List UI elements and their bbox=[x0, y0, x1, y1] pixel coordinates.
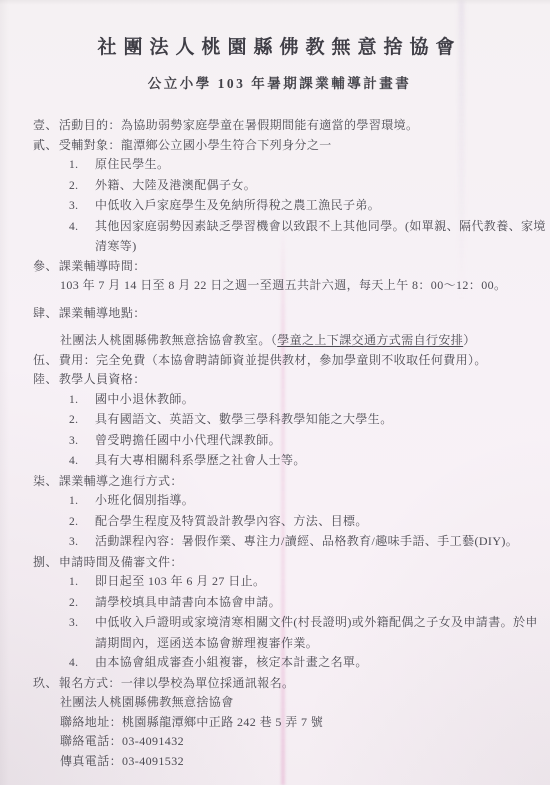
list-item-line: 4.具有大專相關科系學歷之社會人士等。 bbox=[33, 451, 526, 472]
text-line: 103 年 7 月 14 日至 8 月 22 日之週一至週五共計六週，每天上午 … bbox=[33, 276, 526, 296]
text-line: 請期間內，逕函送本協會辦理複審作業。 bbox=[33, 634, 526, 654]
section-label: 柒、 bbox=[33, 474, 58, 488]
list-item-line: 2.外籍、大陸及港澳配偶子女。 bbox=[33, 176, 526, 197]
section-label: 陸、 bbox=[33, 372, 58, 386]
line-text: ） bbox=[463, 333, 475, 347]
line-text: 具有國語文、英語文、數學三學科教學知能之大學生。 bbox=[95, 412, 393, 426]
text-line: 聯絡電話：03-4091432 bbox=[33, 732, 526, 752]
item-number: 2. bbox=[69, 513, 95, 533]
item-number: 2. bbox=[69, 594, 95, 614]
document-body: 壹、活動目的：為協助弱勢家庭學童在暑假期間能有適當的學習環境。貳、受輔對象：龍潭… bbox=[33, 116, 526, 771]
line-text: 清寒等) bbox=[95, 239, 137, 253]
line-text: 國中小退休教師。 bbox=[95, 392, 194, 406]
line-text: 103 年 7 月 14 日至 8 月 22 日之週一至週五共計六週，每天上午 … bbox=[60, 278, 506, 292]
section-line: 壹、活動目的：為協助弱勢家庭學童在暑假期間能有適當的學習環境。 bbox=[33, 116, 526, 136]
list-item-line: 2.配合學生程度及特質設計教學內容、方法、目標。 bbox=[33, 512, 526, 533]
section-label: 玖、 bbox=[33, 676, 58, 690]
list-item-line: 2.具有國語文、英語文、數學三學科教學知能之大學生。 bbox=[33, 410, 526, 431]
list-item-line: 1.小班化個別指導。 bbox=[33, 491, 526, 512]
document-subtitle: 公立小學 103 年暑期課業輔導計畫書 bbox=[33, 74, 526, 94]
item-number: 4. bbox=[69, 452, 95, 472]
item-number: 2. bbox=[69, 177, 95, 197]
item-number: 3. bbox=[69, 432, 95, 452]
line-text: 中低收入戶家庭學生及免納所得稅之農工漁民子弟。 bbox=[95, 198, 380, 212]
list-item-line: 3.中低收入戶家庭學生及免納所得稅之農工漁民子弟。 bbox=[33, 196, 526, 217]
item-number: 3. bbox=[69, 614, 95, 634]
item-number: 1. bbox=[69, 492, 95, 512]
line-text: 傳真電話：03-4091532 bbox=[60, 754, 184, 768]
list-item-line: 2.請學校填具申請書向本協會申請。 bbox=[33, 593, 526, 614]
item-number: 1. bbox=[69, 156, 95, 176]
line-text: 課業輔導時間： bbox=[59, 259, 146, 273]
line-text: 原住民學生。 bbox=[95, 157, 169, 171]
section-label: 伍、 bbox=[33, 353, 58, 367]
list-item-line: 3.中低收入戶證明或家境清寒相關文件(村長證明)或外籍配偶之子女及申請書。於申 bbox=[33, 613, 526, 634]
line-text: 課業輔導之進行方式： bbox=[59, 474, 183, 488]
list-item-line: 4.其他因家庭弱勢因素缺乏學習機會以致跟不上其他同學。(如單親、隔代教養、家境 bbox=[33, 217, 526, 238]
section-label: 參、 bbox=[33, 259, 58, 273]
text-line: 傳真電話：03-4091532 bbox=[33, 752, 526, 772]
section-line: 伍、費用：完全免費（本協會聘請師資並提供教材，參加學童則不收取任何費用）。 bbox=[33, 351, 526, 371]
section-line: 貳、受輔對象：龍潭鄉公立國小學生符合下列身分之一 bbox=[33, 136, 526, 156]
section-line: 捌、申請時間及備審文件： bbox=[33, 553, 526, 573]
item-number: 3. bbox=[69, 533, 95, 553]
line-text: 教學人員資格： bbox=[59, 372, 146, 386]
line-text: 申請時間及備審文件： bbox=[59, 555, 183, 569]
item-number: 3. bbox=[69, 197, 95, 217]
scanned-document-page: 社團法人桃園縣佛教無意捨協會 公立小學 103 年暑期課業輔導計畫書 壹、活動目… bbox=[0, 0, 550, 785]
line-text: 活動目的：為協助弱勢家庭學童在暑假期間能有適當的學習環境。 bbox=[59, 118, 419, 132]
line-text: 報名方式：一律以學校為單位採通訊報名。 bbox=[59, 676, 295, 690]
section-line: 玖、報名方式：一律以學校為單位採通訊報名。 bbox=[33, 674, 526, 694]
item-number: 2. bbox=[69, 411, 95, 431]
line-text: 聯絡電話：03-4091432 bbox=[60, 734, 184, 748]
section-line: 參、課業輔導時間： bbox=[33, 257, 526, 277]
section-line: 柒、課業輔導之進行方式： bbox=[33, 472, 526, 492]
line-text: 具有大專相關科系學歷之社會人士等。 bbox=[95, 453, 306, 467]
item-number: 1. bbox=[69, 573, 95, 593]
line-text: 曾受聘擔任國中小代理代課教師。 bbox=[95, 433, 281, 447]
item-number: 4. bbox=[69, 654, 95, 674]
section-label: 捌、 bbox=[33, 555, 58, 569]
line-text: 聯絡地址：桃園縣龍潭鄉中正路 242 巷 5 弄 7 號 bbox=[60, 715, 323, 729]
item-number: 4. bbox=[69, 218, 95, 238]
line-text: 由本協會組成審查小組複審，核定本計畫之名單。 bbox=[95, 655, 368, 669]
section-label: 肆、 bbox=[33, 306, 58, 320]
list-item-line: 4.由本協會組成審查小組複審，核定本計畫之名單。 bbox=[33, 653, 526, 674]
line-text: 外籍、大陸及港澳配偶子女。 bbox=[95, 178, 256, 192]
line-text: 社團法人桃園縣佛教無意捨協會 bbox=[60, 695, 234, 709]
list-item-line: 3.曾受聘擔任國中小代理代課教師。 bbox=[33, 431, 526, 452]
text-line: 清寒等) bbox=[33, 237, 526, 257]
text-line: 聯絡地址：桃園縣龍潭鄉中正路 242 巷 5 弄 7 號 bbox=[33, 713, 526, 733]
line-text: 活動課程內容：暑假作業、專注力/讀經、品格教育/趣味手語、手工藝(DIY)。 bbox=[95, 534, 518, 548]
list-item-line: 1.原住民學生。 bbox=[33, 155, 526, 176]
line-text: 課業輔導地點： bbox=[59, 306, 146, 320]
line-text: 請學校填具申請書向本協會申請。 bbox=[95, 595, 281, 609]
item-number: 1. bbox=[69, 391, 95, 411]
section-line: 陸、教學人員資格： bbox=[33, 370, 526, 390]
section-label: 壹、 bbox=[33, 118, 58, 132]
line-text: 其他因家庭弱勢因素缺乏學習機會以致跟不上其他同學。(如單親、隔代教養、家境 bbox=[95, 219, 546, 233]
text-line: 社團法人桃園縣佛教無意捨協會 bbox=[33, 693, 526, 713]
document-title: 社團法人桃園縣佛教無意捨協會 bbox=[33, 34, 526, 62]
line-text: 社團法人桃園縣佛教無意捨協會教室。（ bbox=[60, 333, 277, 347]
line-text: 中低收入戶證明或家境清寒相關文件(村長證明)或外籍配偶之子女及申請書。於申 bbox=[95, 615, 538, 629]
section-line: 肆、課業輔導地點： bbox=[33, 304, 526, 324]
line-text: 請期間內，逕函送本協會辦理複審作業。 bbox=[95, 636, 318, 650]
line-text: 小班化個別指導。 bbox=[95, 493, 194, 507]
list-item-line: 3.活動課程內容：暑假作業、專注力/讀經、品格教育/趣味手語、手工藝(DIY)。 bbox=[33, 532, 526, 553]
line-text: 費用：完全免費（本協會聘請師資並提供教材，參加學童則不收取任何費用）。 bbox=[59, 353, 487, 367]
list-item-line: 1.即日起至 103 年 6 月 27 日止。 bbox=[33, 572, 526, 593]
document-content: 社團法人桃園縣佛教無意捨協會 公立小學 103 年暑期課業輔導計畫書 壹、活動目… bbox=[0, 0, 550, 771]
text-line: 社團法人桃園縣佛教無意捨協會教室。（學童之上下課交通方式需自行安排） bbox=[33, 331, 526, 351]
line-text: 配合學生程度及特質設計教學內容、方法、目標。 bbox=[95, 514, 368, 528]
list-item-line: 1.國中小退休教師。 bbox=[33, 390, 526, 411]
line-text: 即日起至 103 年 6 月 27 日止。 bbox=[95, 574, 265, 588]
line-text: 受輔對象：龍潭鄉公立國小學生符合下列身分之一 bbox=[59, 138, 332, 152]
section-label: 貳、 bbox=[33, 138, 58, 152]
underlined-text: 學童之上下課交通方式需自行安排 bbox=[277, 333, 463, 347]
